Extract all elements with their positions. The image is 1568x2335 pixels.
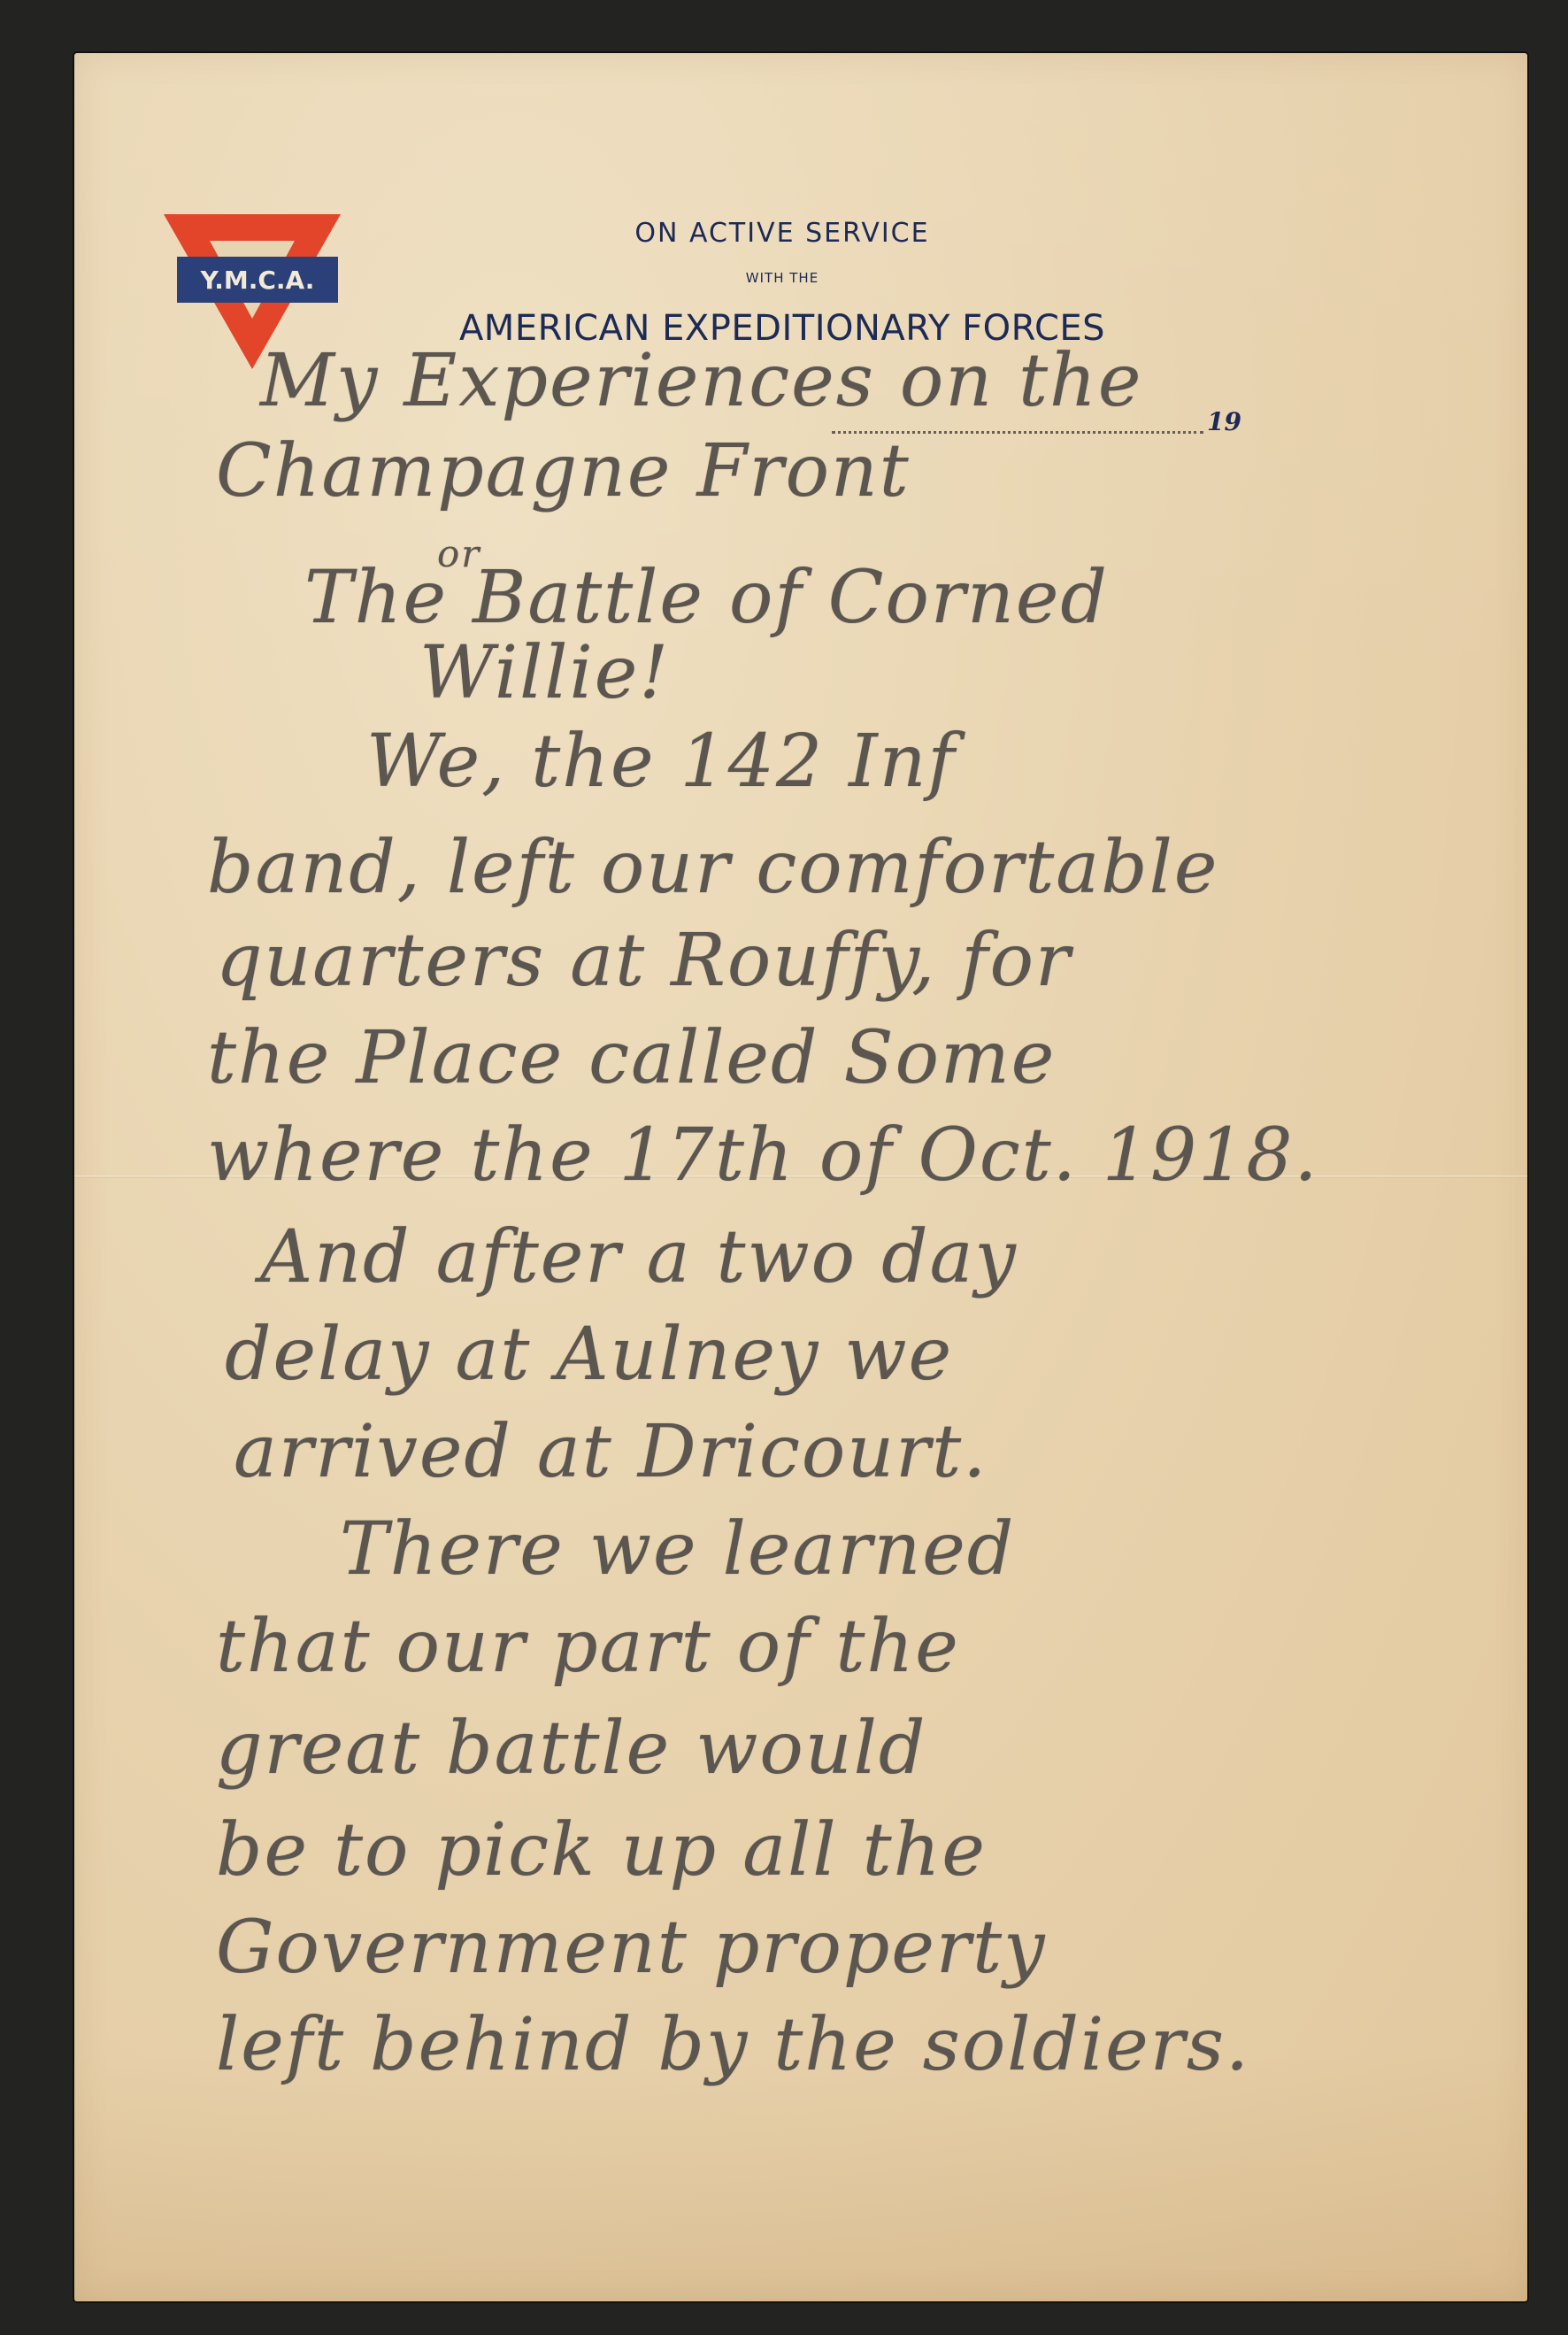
handwritten-body-line: arrived at Dricourt. <box>234 1416 988 1489</box>
handwritten-title-line: My Experiences on the <box>260 345 1142 418</box>
letterhead-line-1: ON ACTIVE SERVICE <box>340 218 1225 249</box>
handwritten-body-line: that our part of the <box>216 1611 960 1684</box>
handwritten-body-line: Government property <box>216 1912 1046 1984</box>
logo-text: Y.M.C.A. <box>200 266 315 295</box>
letter-sheet: Y.M.C.A. ON ACTIVE SERVICE WITH THE AMER… <box>74 53 1527 2301</box>
handwritten-body-line: quarters at Rouffy, for <box>216 925 1072 998</box>
handwritten-body-line: great battle would <box>216 1713 926 1785</box>
paper-stain <box>74 2054 1527 2301</box>
handwritten-body-line: There we learned <box>340 1514 1015 1586</box>
letterhead-line-2: WITH THE <box>340 270 1225 286</box>
date-year-prefix: 19 <box>1207 407 1241 436</box>
handwritten-title-line: Willie! <box>419 637 670 710</box>
handwritten-body-line: And after a two day <box>260 1221 1018 1294</box>
handwritten-body-line: be to pick up all the <box>216 1815 987 1887</box>
handwritten-body-line: delay at Aulney we <box>225 1319 953 1391</box>
handwritten-body-line: where the 17th of Oct. 1918. <box>207 1120 1319 1192</box>
handwritten-body-line: band, left our comfortable <box>207 832 1218 905</box>
handwritten-body-line: We, the 142 Inf <box>366 726 957 798</box>
handwritten-body-line: the Place called Some <box>207 1022 1056 1095</box>
handwritten-title-line: The Battle of Corned <box>304 562 1109 635</box>
handwritten-title-line: Champagne Front <box>216 435 911 508</box>
handwritten-body-line: left behind by the soldiers. <box>216 2009 1250 2082</box>
